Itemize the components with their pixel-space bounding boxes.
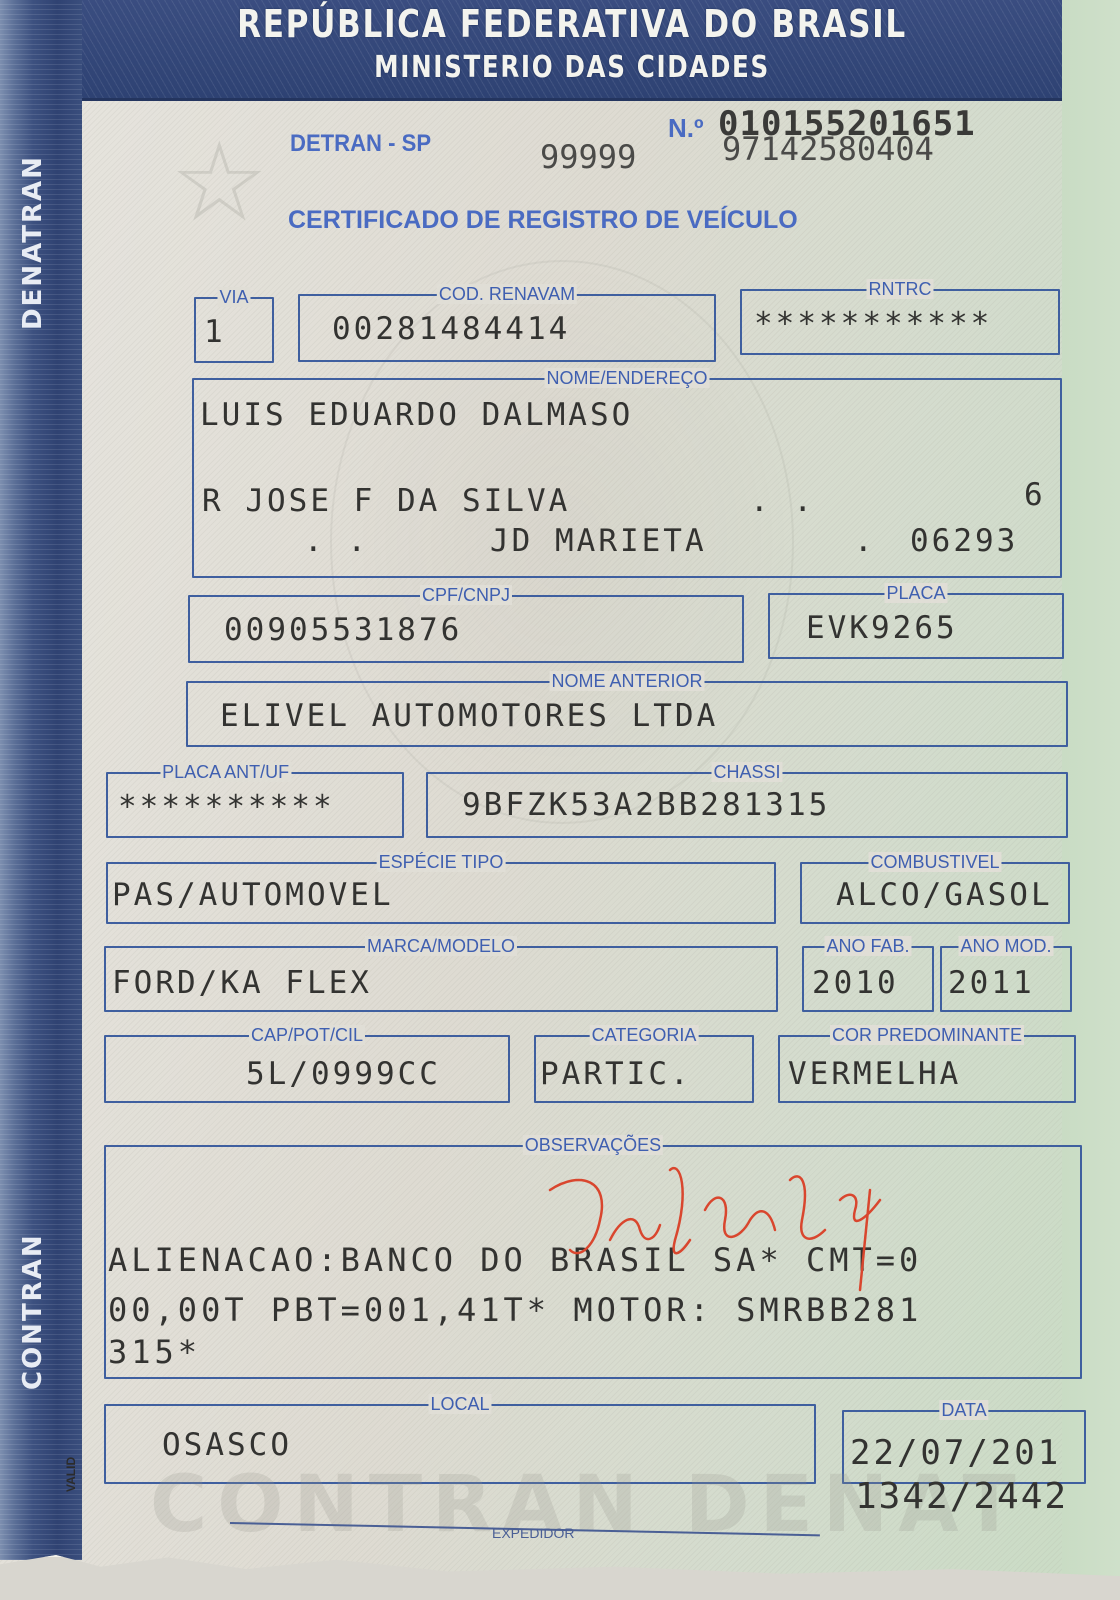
field-categoria-value: PARTIC. [540,1057,692,1091]
field-via: VIA 1 [194,297,274,363]
field-renavam: COD. RENAVAM 00281484414 [298,294,716,362]
field-cap-pot-cil: CAP/POT/CIL 5L/0999CC [104,1035,510,1103]
field-ano-mod: ANO MOD. 2011 [940,946,1072,1012]
field-cor-predominante: COR PREDOMINANTE VERMELHA [778,1035,1076,1103]
field-chassi: CHASSI 9BFZK53A2BB281315 [426,772,1068,838]
field-via-label: VIA [217,287,250,307]
field-via-value: 1 [204,315,226,349]
field-cor-predominante-value: VERMELHA [788,1057,961,1091]
field-local-label: LOCAL [428,1394,491,1414]
field-cpf-cnpj-label: CPF/CNPJ [420,585,512,605]
document-header: REPÚBLICA FEDERATIVA DO BRASIL MINISTERI… [82,0,1062,101]
observacoes-line-3: 315* [108,1335,201,1369]
owner-street-dots: . . [750,484,815,518]
field-chassi-value: 9BFZK53A2BB281315 [462,788,830,822]
owner-street: R JOSE F DA SILVA [202,484,570,518]
field-renavam-value: 00281484414 [332,312,570,346]
field-data-label: DATA [939,1400,988,1420]
field-cap-pot-cil-value: 5L/0999CC [246,1057,441,1091]
owner-name: LUIS EDUARDO DALMASO [200,398,633,432]
field-cor-predominante-label: COR PREDOMINANTE [830,1025,1024,1045]
field-categoria-label: CATEGORIA [590,1025,699,1045]
field-local-value: OSASCO [162,1428,292,1462]
field-ano-fab: ANO FAB. 2010 [802,946,934,1012]
side-label-denatran: DENATRAN [18,155,48,330]
torn-paper-edge [0,1555,1120,1600]
field-combustivel-label: COMBUSTIVEL [868,852,1001,872]
field-ano-mod-label: ANO MOD. [958,936,1053,956]
field-especie-tipo-value: PAS/AUTOMOVEL [112,878,394,912]
header-ministry: MINISTERIO DAS CIDADES [170,50,974,85]
field-nome-anterior-label: NOME ANTERIOR [549,671,704,691]
field-ano-mod-value: 2011 [948,966,1035,1000]
owner-district-dots: . . [304,524,369,558]
expedidor-label: EXPEDIDOR [492,1525,574,1541]
header-republic: REPÚBLICA FEDERATIVA DO BRASIL [170,2,974,46]
document-sub-number-1: 99999 [540,138,636,176]
field-placa: PLACA EVK9265 [768,593,1064,659]
security-side-band: DENATRAN CONTRAN [0,0,82,1560]
field-marca-modelo-label: MARCA/MODELO [365,936,517,956]
field-rntrc-label: RNTRC [867,279,934,299]
field-nome-anterior-value: ELIVEL AUTOMOTORES LTDA [220,699,718,733]
star-emboss-icon: ☆ [170,128,280,238]
field-placa-ant-uf: PLACA ANT/UF ********** [106,772,404,838]
field-cap-pot-cil-label: CAP/POT/CIL [249,1025,365,1045]
field-marca-modelo-value: FORD/KA FLEX [112,966,372,1000]
document-sub-number-2: 97142580404 [722,130,934,168]
field-ano-fab-label: ANO FAB. [824,936,911,956]
field-renavam-label: COD. RENAVAM [437,284,577,304]
form-serial: 1342/2442 [855,1476,1068,1517]
field-chassi-label: CHASSI [711,762,782,782]
field-rntrc: RNTRC *********** [740,289,1060,355]
field-cpf-cnpj: CPF/CNPJ 00905531876 [188,595,744,663]
field-nome-endereco: NOME/ENDEREÇO LUIS EDUARDO DALMASO R JOS… [192,378,1062,578]
field-placa-ant-uf-value: ********** [118,790,335,824]
owner-district: JD MARIETA [490,524,707,558]
field-cpf-cnpj-value: 00905531876 [224,613,462,647]
owner-zip: 06293 [910,524,1018,558]
valid-label: VALID [64,1457,78,1492]
owner-zip-dot: . [854,524,876,558]
field-nome-anterior: NOME ANTERIOR ELIVEL AUTOMOTORES LTDA [186,681,1068,747]
document-number-label: N.º [668,113,704,144]
field-rntrc-value: *********** [754,307,992,341]
field-placa-label: PLACA [884,583,947,603]
field-combustivel: COMBUSTIVEL ALCO/GASOL [800,862,1070,924]
field-especie-tipo: ESPÉCIE TIPO PAS/AUTOMOVEL [106,862,776,924]
owner-street-number: 6 [1024,478,1046,512]
certificate-title: CERTIFICADO DE REGISTRO DE VEÍCULO [288,206,798,235]
field-ano-fab-value: 2010 [812,966,899,1000]
side-label-contran: CONTRAN [18,1233,48,1390]
field-nome-endereco-label: NOME/ENDEREÇO [544,368,709,388]
field-marca-modelo: MARCA/MODELO FORD/KA FLEX [104,946,778,1012]
field-categoria: CATEGORIA PARTIC. [534,1035,754,1103]
field-especie-tipo-label: ESPÉCIE TIPO [377,852,506,872]
field-combustivel-value: ALCO/GASOL [836,878,1053,912]
field-placa-value: EVK9265 [806,611,958,645]
red-signature [540,1150,920,1300]
field-placa-ant-uf-label: PLACA ANT/UF [160,762,291,782]
vehicle-registration-certificate: ☆ DENATRAN CONTRAN REPÚBLICA FEDERATIVA … [0,0,1120,1600]
issuer-detran: DETRAN - SP [290,130,431,158]
